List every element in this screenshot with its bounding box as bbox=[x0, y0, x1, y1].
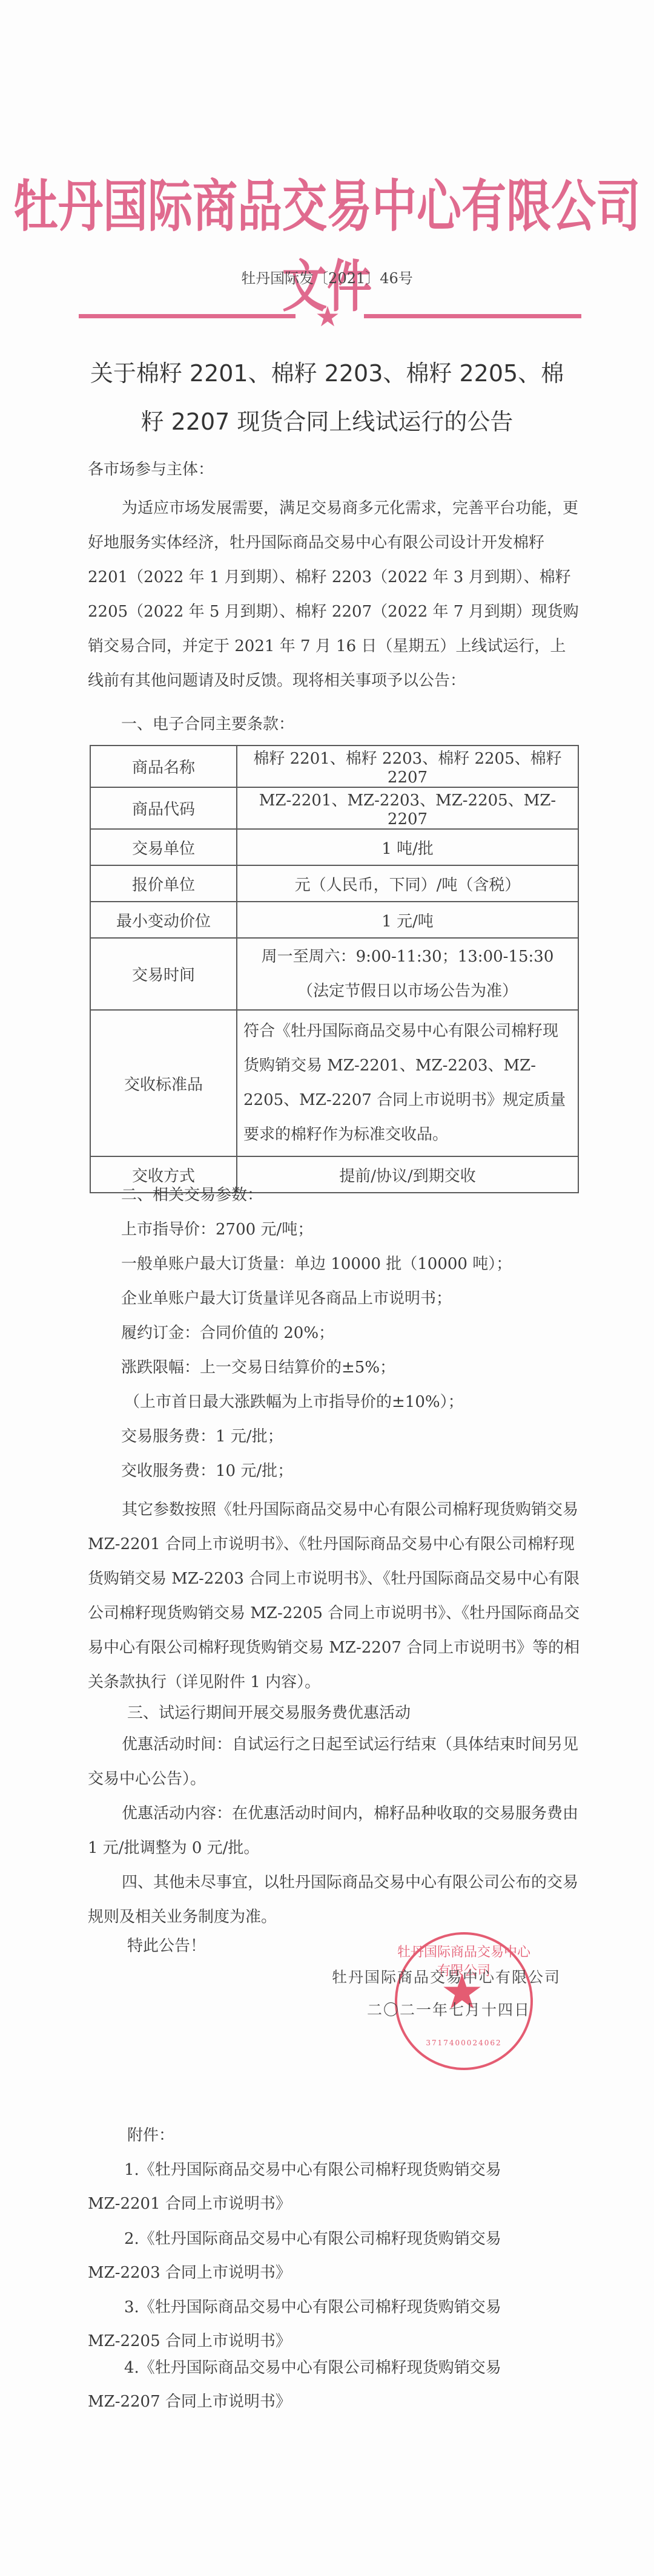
closing-text: 特此公告！ bbox=[127, 1933, 206, 1956]
doc-number: 牡丹国际发〔2021〕46号 bbox=[0, 266, 654, 287]
attachment-item-cont: MZ-2205 合同上市说明书》 bbox=[88, 2329, 291, 2351]
contract-terms-table: 商品名称 棉籽 2201、棉籽 2203、棉籽 2205、棉籽 2207 商品代… bbox=[90, 745, 579, 1193]
table-row: 商品名称 棉籽 2201、棉籽 2203、棉籽 2205、棉籽 2207 bbox=[90, 746, 578, 787]
term-key: 交易单位 bbox=[90, 829, 237, 865]
section-3-heading: 三、试运行期间开展交易服务费优惠活动 bbox=[127, 1700, 411, 1723]
section-4-paragraph: 四、其他未尽事宜，以牡丹国际商品交易中心有限公司公布的交易规则及相关业务制度为准… bbox=[88, 1866, 581, 1935]
attachment-item: 2.《牡丹国际商品交易中心有限公司棉籽现货购销交易 bbox=[124, 2226, 501, 2249]
attachment-item: 1.《牡丹国际商品交易中心有限公司棉籽现货购销交易 bbox=[124, 2157, 501, 2180]
red-divider-right bbox=[364, 314, 581, 318]
document-page: 牡丹国际商品交易中心有限公司文件 牡丹国际发〔2021〕46号 ★ 关于棉籽 2… bbox=[0, 0, 654, 2576]
other-params-paragraph: 其它参数按照《牡丹国际商品交易中心有限公司棉籽现货购销交易 MZ-2201 合同… bbox=[88, 1493, 581, 1700]
signature-date: 二〇二一年七月十四日 bbox=[367, 1998, 530, 2020]
attachment-item-cont: MZ-2201 合同上市说明书》 bbox=[88, 2191, 291, 2214]
term-value: 提前/协议/到期交收 bbox=[237, 1156, 578, 1193]
param-item: 交收服务费：10 元/批； bbox=[121, 1458, 293, 1481]
intro-paragraph: 为适应市场发展需要，满足交易商多元化需求，完善平台功能，更好地服务实体经济，牡丹… bbox=[88, 491, 581, 698]
headline-line-1: 关于棉籽 2201、棉籽 2203、棉籽 2205、棉 bbox=[0, 355, 654, 388]
param-item: 涨跌限幅：上一交易日结算价的±5%； bbox=[121, 1355, 395, 1377]
term-value: 周一至周六：9:00-11:30；13:00-15:30 （法定节假日以市场公告… bbox=[237, 938, 578, 1010]
signature-org: 牡丹国际商品交易中心有限公司 bbox=[332, 1965, 561, 1987]
term-key: 交收标准品 bbox=[90, 1010, 237, 1156]
param-item: 上市指导价：2700 元/吨； bbox=[121, 1217, 313, 1239]
section-1-heading: 一、电子合同主要条款： bbox=[121, 712, 294, 734]
promo-time-paragraph: 优惠活动时间：自试运行之日起至试运行结束（具体结束时间另见交易中心公告）。 bbox=[88, 1728, 581, 1797]
term-value: 棉籽 2201、棉籽 2203、棉籽 2205、棉籽 2207 bbox=[237, 746, 578, 787]
table-row: 商品代码 MZ-2201、MZ-2203、MZ-2205、MZ-2207 bbox=[90, 787, 578, 829]
headline-line-2: 籽 2207 现货合同上线试运行的公告 bbox=[0, 403, 654, 436]
org-title: 牡丹国际商品交易中心有限公司文件 bbox=[0, 162, 654, 323]
promo-content-paragraph: 优惠活动内容：在优惠活动时间内，棉籽品种收取的交易服务费由 1 元/批调整为 0… bbox=[88, 1797, 581, 1866]
term-key: 交易时间 bbox=[90, 938, 237, 1010]
term-value: 元（人民币，下同）/吨（含税） bbox=[237, 865, 578, 902]
section-2-heading: 二、相关交易参数： bbox=[121, 1182, 263, 1205]
attachment-item: 4.《牡丹国际商品交易中心有限公司棉籽现货购销交易 bbox=[124, 2355, 501, 2378]
table-row: 交收标准品 符合《牡丹国际商品交易中心有限公司棉籽现货购销交易 MZ-2201、… bbox=[90, 1010, 578, 1156]
term-key: 商品名称 bbox=[90, 746, 237, 787]
trading-hours-note: （法定节假日以市场公告为准） bbox=[242, 974, 573, 1009]
attachment-item: 3.《牡丹国际商品交易中心有限公司棉籽现货购销交易 bbox=[124, 2295, 501, 2317]
attachment-item-cont: MZ-2203 合同上市说明书》 bbox=[88, 2260, 291, 2283]
term-value: 符合《牡丹国际商品交易中心有限公司棉籽现货购销交易 MZ-2201、MZ-220… bbox=[237, 1010, 578, 1156]
term-value: 1 吨/批 bbox=[237, 829, 578, 865]
term-value: 1 元/吨 bbox=[237, 902, 578, 938]
table-row: 报价单位 元（人民币，下同）/吨（含税） bbox=[90, 865, 578, 902]
salutation: 各市场参与主体： bbox=[88, 457, 214, 479]
param-item: 企业单账户最大订货量详见各商品上市说明书； bbox=[121, 1286, 452, 1308]
param-item: 一般单账户最大订货量：单边 10000 批（10000 吨）； bbox=[121, 1251, 512, 1274]
term-key: 报价单位 bbox=[90, 865, 237, 902]
attachments-label: 附件： bbox=[127, 2123, 174, 2145]
star-icon: ★ bbox=[314, 303, 342, 330]
table-row: 交易单位 1 吨/批 bbox=[90, 829, 578, 865]
table-row: 交易时间 周一至周六：9:00-11:30；13:00-15:30 （法定节假日… bbox=[90, 938, 578, 1010]
red-divider-left bbox=[79, 314, 296, 318]
table-row: 最小变动价位 1 元/吨 bbox=[90, 902, 578, 938]
term-key: 最小变动价位 bbox=[90, 902, 237, 938]
param-item: 交易服务费：1 元/批； bbox=[121, 1424, 283, 1446]
trading-hours: 周一至周六：9:00-11:30；13:00-15:30 bbox=[242, 940, 573, 974]
attachment-item-cont: MZ-2207 合同上市说明书》 bbox=[88, 2389, 291, 2411]
term-value: MZ-2201、MZ-2203、MZ-2205、MZ-2207 bbox=[237, 787, 578, 829]
term-key: 商品代码 bbox=[90, 787, 237, 829]
seal-code: 3717400024062 bbox=[397, 2039, 530, 2047]
param-item: 履约订金：合同价值的 20%； bbox=[121, 1320, 334, 1343]
param-item: （上市首日最大涨跌幅为上市指导价的±10%）； bbox=[124, 1389, 464, 1412]
